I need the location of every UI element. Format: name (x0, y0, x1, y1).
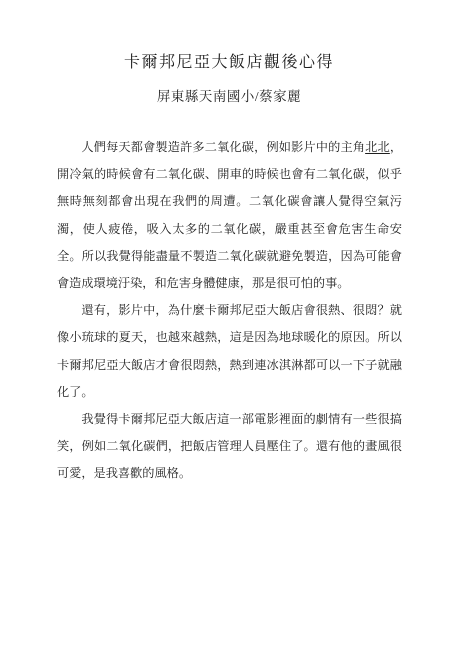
paragraph-text: 人們每天都會製造許多二氧化碳，例如影片中的主角 (81, 140, 365, 154)
paragraph: 我覺得卡爾邦尼亞大飯店這一部電影裡面的劇情有一些很搞笑，例如二氧化碳們，把飯店管… (57, 406, 402, 488)
document-body: 人們每天都會製造許多二氧化碳，例如影片中的主角北北，開冷氣的時候會有二氧化碳、開… (57, 134, 402, 488)
document-title: 卡爾邦尼亞大飯店觀後心得 (0, 0, 458, 73)
document-page: 卡爾邦尼亞大飯店觀後心得 屏東縣天南國小/蔡家麗 人們每天都會製造許多二氧化碳，… (0, 0, 458, 648)
paragraph: 人們每天都會製造許多二氧化碳，例如影片中的主角北北，開冷氣的時候會有二氧化碳、開… (57, 134, 402, 297)
paragraph: 還有，影片中，為什麼卡爾邦尼亞大飯店會很熱、很悶？就像小琉球的夏天，也越來越熱，… (57, 297, 402, 406)
paragraph-text: ，開冷氣的時候會有二氧化碳、開車的時候也會有二氧化碳，似乎無時無刻都會出現在我們… (57, 140, 402, 290)
document-byline: 屏東縣天南國小/蔡家麗 (0, 88, 458, 106)
underlined-text: 北北 (365, 140, 390, 154)
